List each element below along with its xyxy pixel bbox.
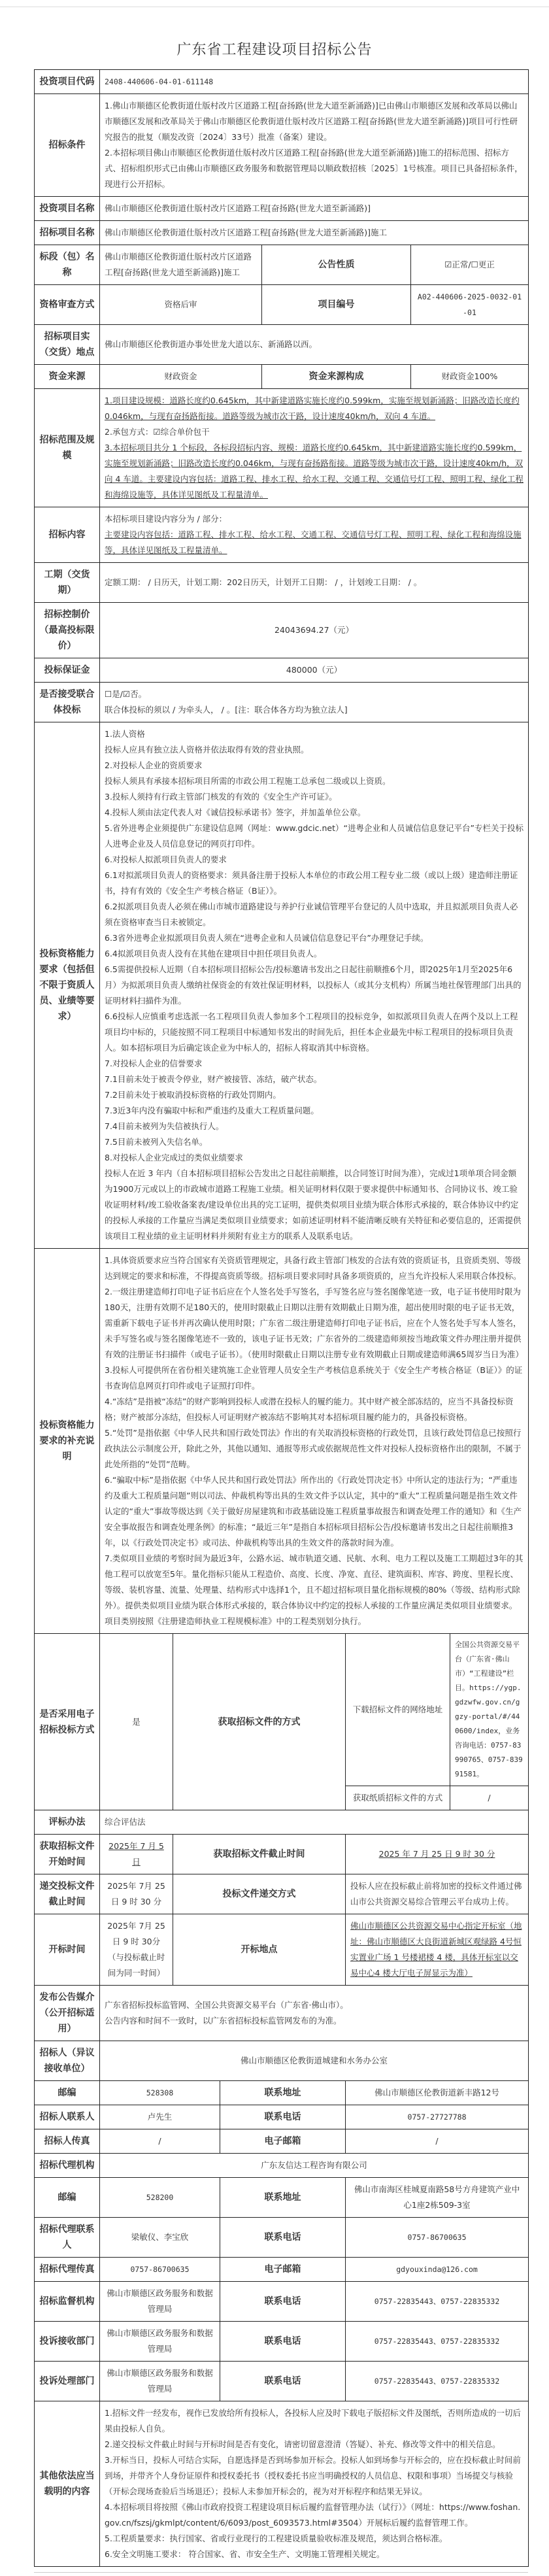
supplement-line: 7.类似项目业绩的考察时间为最近3年，公路水运、城市轨道交通、民航、水利、电力工… — [105, 1551, 524, 1629]
consortium-value: ☐是/☑否。 联合体投标的须以 / 为牵头人， / 。[注：联合体各方均为独立法… — [100, 683, 529, 722]
scope-value: 1.项目建设规模：道路长度约0.645km，其中新建道路实施长度约0.599km… — [100, 389, 529, 507]
label-max-price: 招标控制价（最高投标限价） — [35, 603, 100, 658]
tenderer-fax-value: / — [100, 2129, 220, 2154]
agency-address-value: 佛山市南海区桂城夏南路58号方舟建筑产业中心1座2栋509-3室 — [346, 2178, 529, 2218]
doc-start-value: 2025年 7 月 5 日 — [100, 1835, 173, 1874]
row-media: 发布公告媒介（公开招标适用） 广东省招标投标监管网、全国公共资源交易平台（广东省… — [35, 1986, 529, 2041]
tenderer-value: 佛山市顺德区伦教街道城建和水务办公室 — [100, 2041, 529, 2081]
label-notice-nature: 公告性质 — [262, 245, 411, 285]
tenderer-email-value: / — [346, 2129, 529, 2154]
conditions-line: 2.本招标项目佛山市顺德区伦教街道仕版村改片区道路工程[奋扬路(世龙大道至新涌路… — [105, 145, 524, 192]
supplement-line: 4.“冻结”是指被“冻结”的财产影响到投标人或潜在投标人的履约能力。其中财产被全… — [105, 1394, 524, 1425]
label-download-address: 下载招标文件的网络地址 — [346, 1634, 450, 1786]
label-agency-address: 联系地址 — [220, 2178, 346, 2218]
agency-fax-value: 0757-86700635 — [100, 2258, 220, 2282]
funding-structure-value: 财政资金100% — [411, 365, 529, 389]
bid-name-value: 佛山市顺德区伦教街道仕版村改片区道路工程[奋扬路(世龙大道至新涌路)]施工 — [100, 221, 529, 245]
label-supervisor: 招标监督机构 — [35, 2282, 100, 2322]
requirement-line: 8.对投标人企业完成过的类似业绩要求 — [105, 1150, 524, 1166]
supervisor-phone-value: 0757-22835443、0757-22835332 — [346, 2282, 529, 2322]
label-agency-phone: 联系电话 — [220, 2218, 346, 2258]
row-funding: 资金来源 财政资金 资金来源构成 财政资金100% — [35, 365, 529, 389]
project-code-value: A02-440606-2025-0032-01-01 — [411, 285, 529, 325]
label-tenderer-email: 电子邮箱 — [220, 2129, 346, 2154]
notice-nature-checkbox: ☑正常/☐更正 — [411, 245, 529, 285]
requirement-line: 6.6投标人应慎重考虑选派一名工程项目负责人参加多个工程项目的投标竞争，如拟派项… — [105, 1009, 524, 1056]
label-tenderer-address: 联系地址 — [220, 2081, 346, 2105]
media-line: 广东省招标投标监管网、全国公共资源交易平台（广东省·佛山市）。 — [105, 1997, 524, 2013]
label-funding: 资金来源 — [35, 365, 100, 389]
label-project-code: 项目编号 — [262, 285, 411, 325]
deposit-value: 480000（元） — [100, 658, 529, 683]
row-tenderer-contact: 招标人联系人 卢先生 联系电话 0757-27727788 — [35, 2105, 529, 2129]
consortium-line: 联合体投标的须以 / 为牵头人， / 。[注：联合体各方均为独立法人] — [105, 702, 524, 718]
label-tenderer-postcode: 邮编 — [35, 2081, 100, 2105]
section-value: 佛山市顺德区伦教街道仕版村改片区道路工程[奋扬路(世龙大道至新涌路)]施工 — [100, 245, 262, 285]
supplement-value: 1.具体资质要求应当符合国家有关资质管理规定，具备行政主管部门核发的合法有效的资… — [100, 1249, 529, 1634]
label-complaint-handle-phone: 联系电话 — [220, 2362, 346, 2401]
requirement-line: 7.4目前未被列为失信被执行人。 — [105, 1119, 524, 1134]
row-supervisor: 招标监督机构 佛山市顺德区政务服务和数据管理局 联系电话 0757-228354… — [35, 2282, 529, 2322]
max-price-value: 24043694.27（元） — [100, 603, 529, 658]
label-doc-method: 获取招标文件的方式 — [173, 1634, 346, 1810]
top-divider — [0, 7, 549, 7]
media-line: 公告内容和时间不一致时，以广东省招标投标监管网发布的为准。 — [105, 2013, 524, 2029]
row-tenderer-fax: 招标人传真 / 电子邮箱 / — [35, 2129, 529, 2154]
content-value: 本招标项目建设内容分为 / 部分： 主要建设内容包括：道路工程、排水工程、给水工… — [100, 507, 529, 563]
label-tenderer: 招标人（异议接收单位） — [35, 2041, 100, 2081]
row-location: 招标项目实（交货）地点 佛山市顺德区伦教街道办事处世龙大道以东、新涌路以西。 — [35, 325, 529, 365]
label-complaint-receive: 投诉接收部门 — [35, 2322, 100, 2362]
content-line: 本招标项目建设内容分为 / 部分： — [105, 511, 524, 527]
table-bottom-rule — [34, 2567, 528, 2573]
label-complaint-receive-phone: 联系电话 — [220, 2322, 346, 2362]
requirement-line: 1.法人资格 — [105, 726, 524, 742]
location-value: 佛山市顺德区伦教街道办事处世龙大道以东、新涌路以西。 — [100, 325, 529, 365]
agency-postcode-value: 528200 — [100, 2178, 220, 2218]
label-qualification: 资格审查方式 — [35, 285, 100, 325]
label-requirements: 投标资格能力要求（包括但不限于资质人员、业绩等要求） — [35, 722, 100, 1249]
tenderer-contact-value: 卢先生 — [100, 2105, 220, 2129]
label-conditions: 招标条件 — [35, 94, 100, 197]
submit-method-value: 投标人应在投标截止前将加密的投标文件通过佛山市公共资源交易综合管理云平台成功上传… — [346, 1874, 529, 1914]
row-section: 标段（包）名称 佛山市顺德区伦教街道仕版村改片区道路工程[奋扬路(世龙大道至新涌… — [35, 245, 529, 285]
label-paper-doc: 获取纸质招标文件的方式 — [346, 1786, 450, 1810]
requirement-line: 6.4拟派项目负责人没有在其他在建项目中担任项目负责人。 — [105, 946, 524, 962]
period-value: 定额工期： / 日历天，计划工期：202日历天，计划开工日期： / ，计划竣工日… — [100, 563, 529, 603]
requirement-line: 2.对投标人企业的资质要求 — [105, 758, 524, 773]
row-invest-name: 投资项目名称 佛山市顺德区伦教街道仕版村改片区道路工程[奋扬路(世龙大道至新涌路… — [35, 197, 529, 221]
opening-place-value: 佛山市顺德区公共资源交易中心指定开标室（地址：佛山市顺德区大良街道新城区观绿路 … — [346, 1914, 529, 1986]
scope-line: 3.本招标项目共分 1 个标段，各标段招标内容、规模：道路长度约0.645km，… — [105, 440, 524, 503]
complaint-handle-phone-value: 0757-22835443、0757-22835332 — [346, 2362, 529, 2401]
label-agency-postcode: 邮编 — [35, 2178, 100, 2218]
media-value: 广东省招标投标监管网、全国公共资源交易平台（广东省·佛山市）。 公告内容和时间不… — [100, 1986, 529, 2041]
row-agency: 招标代理机构 广东友信达工程咨询有限公司 — [35, 2154, 529, 2178]
row-content: 招标内容 本招标项目建设内容分为 / 部分： 主要建设内容包括：道路工程、排水工… — [35, 507, 529, 563]
supplement-line: 6.“骗取中标”是指依据《中华人民共和国行政处罚法》所作出的《行政处罚决定书》中… — [105, 1472, 524, 1551]
other-line: 2.递交投标文件截止时间与开标时间是否有变化，请密切留意澄清（答疑）、补充、修改… — [105, 2437, 524, 2452]
requirement-line: 7.2目前未处于被取消投标资格的行政处罚期内。 — [105, 1087, 524, 1103]
label-doc-start: 获取招标文件开始时间 — [35, 1835, 100, 1874]
label-supplement: 投标资格能力要求的补充说明 — [35, 1249, 100, 1634]
other-line: 6.安全文明施工要求： 符合国家、省、市安全生产、文明施工管理相关规定。 — [105, 2547, 524, 2562]
requirement-line: 投标人须具有承接本招标项目所需的市政公用工程施工总承包二级或以上资质。 — [105, 773, 524, 789]
row-consortium: 是否接受联合体投标 ☐是/☑否。 联合体投标的须以 / 为牵头人， / 。[注：… — [35, 683, 529, 722]
row-qualification: 资格审查方式 资格后审 项目编号 A02-440606-2025-0032-01… — [35, 285, 529, 325]
label-funding-structure: 资金来源构成 — [262, 365, 411, 389]
tenderer-address-value: 佛山市顺德区伦教街道新丰路12号 — [346, 2081, 529, 2105]
submit-deadline-value: 2025年 7月 25 日 9 时 30 分 — [100, 1874, 173, 1914]
label-scope: 招标范围及规模 — [35, 389, 100, 507]
label-complaint-handle: 投诉处理部门 — [35, 2362, 100, 2401]
supplement-line: 3.投标人可提供所在省份相关建筑施工企业管理人员安全生产考核信息系统关于《安全生… — [105, 1363, 524, 1394]
label-tenderer-fax: 招标人传真 — [35, 2129, 100, 2154]
requirements-value: 1.法人资格 投标人应具有独立法人资格并依法取得有效的营业执照。 2.对投标人企… — [100, 722, 529, 1249]
notice-table: 投资项目代码 2408-440606-04-01-611148 招标条件 1.佛… — [34, 69, 529, 2567]
row-other: 其他依法应当载明的内容 1.招标文件一经发布，视作已发放给所有投标人，各投标人应… — [35, 2401, 529, 2567]
label-tenderer-contact: 招标人联系人 — [35, 2105, 100, 2129]
requirement-line: 投标人应具有独立法人资格并依法取得有效的营业执照。 — [105, 742, 524, 758]
requirement-line: 5.省外进粤企业须提供广东建设信息网（网址：www.gdcic.net）“进粤企… — [105, 821, 524, 852]
label-bid-name: 招标项目名称 — [35, 221, 100, 245]
row-tenderer: 招标人（异议接收单位） 佛山市顺德区伦教街道城建和水务办公室 — [35, 2041, 529, 2081]
row-period: 工期（交货期） 定额工期： / 日历天，计划工期：202日历天，计划开工日期： … — [35, 563, 529, 603]
opening-time-value: 2025年 7月 25 日 9 时 30分（与投标截止时间为同一时间） — [100, 1914, 173, 1986]
label-period: 工期（交货期） — [35, 563, 100, 603]
label-opening-time: 开标时间 — [35, 1914, 100, 1986]
content-line: 主要建设内容包括：道路工程、排水工程、给水工程、交通工程、交通信号灯工程、照明工… — [105, 527, 524, 558]
requirement-line: 4.投标人须由法定代表人对《诚信投标承诺书》签字，并加盖单位公章。 — [105, 805, 524, 821]
scope-line: 2.承包方式：☑综合单价包干 — [105, 424, 524, 440]
row-deposit: 投标保证金 480000（元） — [35, 658, 529, 683]
row-tenderer-post: 邮编 528308 联系地址 佛山市顺德区伦教街道新丰路12号 — [35, 2081, 529, 2105]
row-doc-time: 获取招标文件开始时间 2025年 7 月 5 日 获取招标文件截止时间 2025… — [35, 1835, 529, 1874]
other-line: 5.工程质量要求：执行国家、省或行业现行的工程建设质量验收标准及规范，须达到合格… — [105, 2531, 524, 2547]
label-electronic: 是否采用电子招标投标方式 — [35, 1634, 100, 1810]
row-submit: 递交投标文件截止时间 2025年 7月 25 日 9 时 30 分 投标文件递交… — [35, 1874, 529, 1914]
invest-name-value: 佛山市顺德区伦教街道仕版村改片区道路工程[奋扬路(世龙大道至新涌路)] — [100, 197, 529, 221]
label-submit-deadline: 递交投标文件截止时间 — [35, 1874, 100, 1914]
requirement-line: 投标人在近 3 年内（自本招标项目招标公告发出之日起往前顺推，以合同签订时间为准… — [105, 1166, 524, 1244]
funding-value: 财政资金 — [100, 365, 262, 389]
row-electronic: 是否采用电子招标投标方式 是 获取招标文件的方式 下载招标文件的网络地址 全国公… — [35, 1634, 529, 1786]
download-address-link[interactable]: 全国公共资源交易平台（广东省·佛山市）“工程建设”栏目。https://ygp.… — [450, 1634, 529, 1786]
paper-doc-value: / — [450, 1786, 529, 1810]
requirement-line: 6.对投标人拟派项目负责人的要求 — [105, 852, 524, 868]
row-supplement: 投标资格能力要求的补充说明 1.具体资质要求应当符合国家有关资质管理规定，具备行… — [35, 1249, 529, 1634]
other-line: 3.开标当日，投标人可结合实际，自愿选择是否到场参加开标会。投标人如到场参与开标… — [105, 2452, 524, 2500]
supplement-line: 5.“处罚”是指依据《中华人民共和国行政处罚法》作出的有关取消投标资格的行政处罚… — [105, 1425, 524, 1472]
label-invest-code: 投资项目代码 — [35, 70, 100, 94]
label-location: 招标项目实（交货）地点 — [35, 325, 100, 365]
row-bid-name: 招标项目名称 佛山市顺德区伦教街道仕版村改片区道路工程[奋扬路(世龙大道至新涌路… — [35, 221, 529, 245]
supplement-line: 2.一级注册建造师打印电子证书后应在个人签名处手写签名，手写签名应与签名图像笔迹… — [105, 1284, 524, 1363]
other-value: 1.招标文件一经发布，视作已发放给所有投标人，各投标人应及时下载电子版招标文件及… — [100, 2401, 529, 2567]
row-scope: 招标范围及规模 1.项目建设规模：道路长度约0.645km，其中新建道路实施长度… — [35, 389, 529, 507]
row-opening: 开标时间 2025年 7月 25 日 9 时 30分（与投标截止时间为同一时间）… — [35, 1914, 529, 1986]
evaluation-value: 综合评估法 — [100, 1810, 529, 1835]
label-deposit: 投标保证金 — [35, 658, 100, 683]
requirement-line: 7.3近3年内没有骗取中标和严重违约及重大工程质量问题。 — [105, 1103, 524, 1119]
row-evaluation: 评标办法 综合评估法 — [35, 1810, 529, 1835]
invest-code-value: 2408-440606-04-01-611148 — [100, 70, 529, 94]
label-agency-email: 电子邮箱 — [220, 2258, 346, 2282]
label-evaluation: 评标办法 — [35, 1810, 100, 1835]
requirement-line: 6.1对拟派项目负责人的资格要求：须具备注册于投标人本单位的市政公用工程专业二级… — [105, 868, 524, 899]
scope-line: 1.项目建设规模：道路长度约0.645km，其中新建道路实施长度约0.599km… — [105, 393, 524, 424]
label-opening-place: 开标地点 — [173, 1914, 346, 1986]
requirement-line: 7.对投标人企业的信誉要求 — [105, 1056, 524, 1072]
label-invest-name: 投资项目名称 — [35, 197, 100, 221]
label-content: 招标内容 — [35, 507, 100, 563]
label-agency-fax: 招标代理传真 — [35, 2258, 100, 2282]
requirement-line: 3.投标人须持有行政主管部门核发的有效的《安全生产许可证》。 — [105, 789, 524, 805]
complaint-handle-value: 佛山市顺德区政务服务和数据管理局 — [100, 2362, 220, 2401]
requirement-line: 6.2拟派项目负责人必须在佛山市城市道路建设与养护行业诚信管理平台登记的人员中选… — [105, 899, 524, 930]
label-submit-method: 投标文件递交方式 — [173, 1874, 346, 1914]
label-agency: 招标代理机构 — [35, 2154, 100, 2178]
qualification-value: 资格后审 — [100, 285, 262, 325]
requirement-line: 7.1目前未处于被责令停业，财产被接管、冻结，破产状态。 — [105, 1072, 524, 1087]
label-section: 标段（包）名称 — [35, 245, 100, 285]
complaint-receive-phone-value: 0757-22835443、0757-22835332 — [346, 2322, 529, 2362]
supplement-line: 1.具体资质要求应当符合国家有关资质管理规定，具备行政主管部门核发的合法有效的资… — [105, 1253, 524, 1284]
complaint-receive-value: 佛山市顺德区政务服务和数据管理局 — [100, 2322, 220, 2362]
agency-value: 广东友信达工程咨询有限公司 — [100, 2154, 529, 2178]
row-complaint-receive: 投诉接收部门 佛山市顺德区政务服务和数据管理局 联系电话 0757-228354… — [35, 2322, 529, 2362]
agency-email-value: gdyouxinda@126.com — [346, 2258, 529, 2282]
requirement-line: 6.3省外进粤企业拟派项目负责人须在“进粤企业和人员诚信信息登记平台”办理登记手… — [105, 930, 524, 946]
label-agency-contact: 招标代理联系人 — [35, 2218, 100, 2258]
conditions-line: 1.佛山市顺德区伦教街道仕版村改片区道路工程[奋扬路(世龙大道至新涌路)]已由佛… — [105, 98, 524, 145]
other-line: 1.招标文件一经发布，视作已发放给所有投标人，各投标人应及时下载电子版招标文件及… — [105, 2405, 524, 2437]
label-consortium: 是否接受联合体投标 — [35, 683, 100, 722]
row-max-price: 招标控制价（最高投标限价） 24043694.27（元） — [35, 603, 529, 658]
row-agency-post: 邮编 528200 联系地址 佛山市南海区桂城夏南路58号方舟建筑产业中心1座2… — [35, 2178, 529, 2218]
agency-contact-value: 梁敏仪、李宝欣 — [100, 2218, 220, 2258]
electronic-value: 是 — [100, 1634, 173, 1810]
requirement-line: 6.5需提供投标人近期（自本招标项目招标公告/投标邀请书发出之日起往前顺推6个月… — [105, 962, 524, 1009]
row-requirements: 投标资格能力要求（包括但不限于资质人员、业绩等要求） 1.法人资格 投标人应具有… — [35, 722, 529, 1249]
doc-deadline-value: 2025 年 7 月 25 日 9 时 30 分 — [346, 1835, 529, 1874]
row-complaint-handle: 投诉处理部门 佛山市顺德区政务服务和数据管理局 联系电话 0757-228354… — [35, 2362, 529, 2401]
page-title: 广东省工程建设项目招标公告 — [0, 39, 549, 59]
label-tenderer-phone: 联系电话 — [220, 2105, 346, 2129]
supervisor-value: 佛山市顺德区政务服务和数据管理局 — [100, 2282, 220, 2322]
row-invest-code: 投资项目代码 2408-440606-04-01-611148 — [35, 70, 529, 94]
row-agency-fax: 招标代理传真 0757-86700635 电子邮箱 gdyouxinda@126… — [35, 2258, 529, 2282]
tenderer-postcode-value: 528308 — [100, 2081, 220, 2105]
conditions-value: 1.佛山市顺德区伦教街道仕版村改片区道路工程[奋扬路(世龙大道至新涌路)]已由佛… — [100, 94, 529, 197]
label-doc-deadline: 获取招标文件截止时间 — [173, 1835, 346, 1874]
row-conditions: 招标条件 1.佛山市顺德区伦教街道仕版村改片区道路工程[奋扬路(世龙大道至新涌路… — [35, 94, 529, 197]
label-supervisor-phone: 联系电话 — [220, 2282, 346, 2322]
tenderer-phone-value: 0757-27727788 — [346, 2105, 529, 2129]
consortium-line: ☐是/☑否。 — [105, 686, 524, 702]
row-agency-contact: 招标代理联系人 梁敏仪、李宝欣 联系电话 0757-86700635 — [35, 2218, 529, 2258]
other-line: 4.本招标项目将按照《佛山市政府投资工程建设项目标后履约监督管理办法（试行）》（… — [105, 2500, 524, 2531]
label-other: 其他依法应当载明的内容 — [35, 2401, 100, 2567]
agency-phone-value: 0757-86700635 — [346, 2218, 529, 2258]
requirement-line: 7.5目前未被列入失信名单。 — [105, 1134, 524, 1150]
label-media: 发布公告媒介（公开招标适用） — [35, 1986, 100, 2041]
